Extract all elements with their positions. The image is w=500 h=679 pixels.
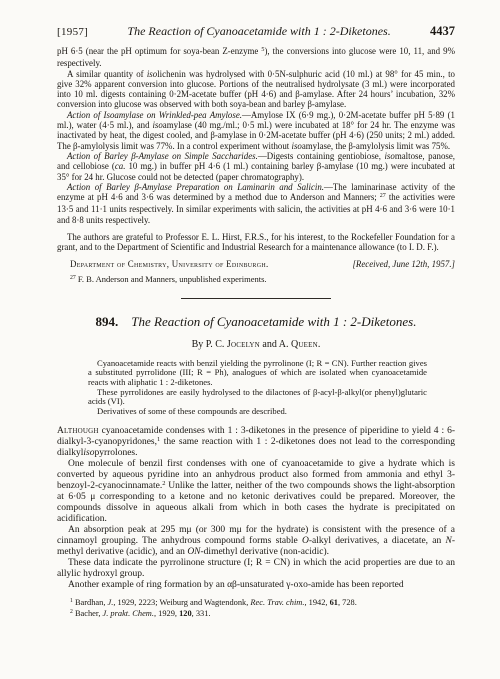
abstract: Cyanoacetamide reacts with benzil yieldi… (88, 359, 427, 417)
paragraph: Action of Barley β-Amylase Preparation o… (57, 182, 455, 225)
paragraph: Action of Barley β-Amylase on Simple Sac… (57, 151, 455, 182)
paragraph: Although cyanoacetamide condenses with 1… (57, 426, 455, 459)
article: 894.The Reaction of Cyanoacetamide with … (57, 314, 455, 620)
page-number: 4437 (430, 24, 455, 39)
paragraph: Action of Isoamylase on Wrinkled-pea Amy… (57, 110, 455, 151)
section-divider (181, 298, 331, 299)
article-title: 894.The Reaction of Cyanoacetamide with … (57, 314, 455, 330)
abstract-paragraph: These pyrrolidones are easily hydrolysed… (88, 388, 427, 407)
paragraph: A similar quantity of isolichenin was hy… (57, 69, 455, 110)
journal-page: [1957] The Reaction of Cyanoacetamide wi… (0, 0, 500, 679)
paragraph: One molecule of benzil first condenses w… (57, 459, 455, 525)
paragraph: An absorption peak at 295 mμ (or 300 mμ … (57, 525, 455, 558)
byline: By P. C. Jocelyn and A. Queen. (57, 339, 455, 350)
footnote: 1 Bardhan, J., 1929, 2223; Weiburg and W… (57, 598, 455, 609)
paragraph: pH 6·5 (near the pH optimum for soya-bea… (57, 46, 455, 69)
footnote: 27 F. B. Anderson and Manners, unpublish… (57, 274, 455, 286)
page-header: [1957] The Reaction of Cyanoacetamide wi… (57, 24, 455, 39)
footnote: 2 Bacher, J. prakt. Chem., 1929, 120, 33… (57, 609, 455, 620)
previous-article-end: pH 6·5 (near the pH optimum for soya-bea… (57, 46, 455, 286)
abstract-paragraph: Derivatives of some of these compounds a… (88, 407, 427, 417)
article-body: Although cyanoacetamide condenses with 1… (57, 426, 455, 591)
paragraph: These data indicate the pyrrolinone stru… (57, 558, 455, 580)
paragraph: Another example of ring formation by an … (57, 580, 455, 591)
signature-line: Department of Chemistry, University of E… (57, 259, 455, 269)
affiliation: Department of Chemistry, University of E… (70, 259, 269, 269)
running-title: The Reaction of Cyanoacetamide with 1 : … (88, 24, 430, 39)
acknowledgement: The authors are grateful to Professor E.… (57, 232, 455, 253)
article-number: 894. (96, 314, 119, 329)
article-title-text: The Reaction of Cyanoacetamide with 1 : … (131, 314, 416, 329)
year-label: [1957] (57, 26, 88, 38)
footnotes: 1 Bardhan, J., 1929, 2223; Weiburg and W… (57, 598, 455, 620)
abstract-paragraph: Cyanoacetamide reacts with benzil yieldi… (88, 359, 427, 388)
received-date: [Received, June 12th, 1957.] (352, 259, 455, 269)
